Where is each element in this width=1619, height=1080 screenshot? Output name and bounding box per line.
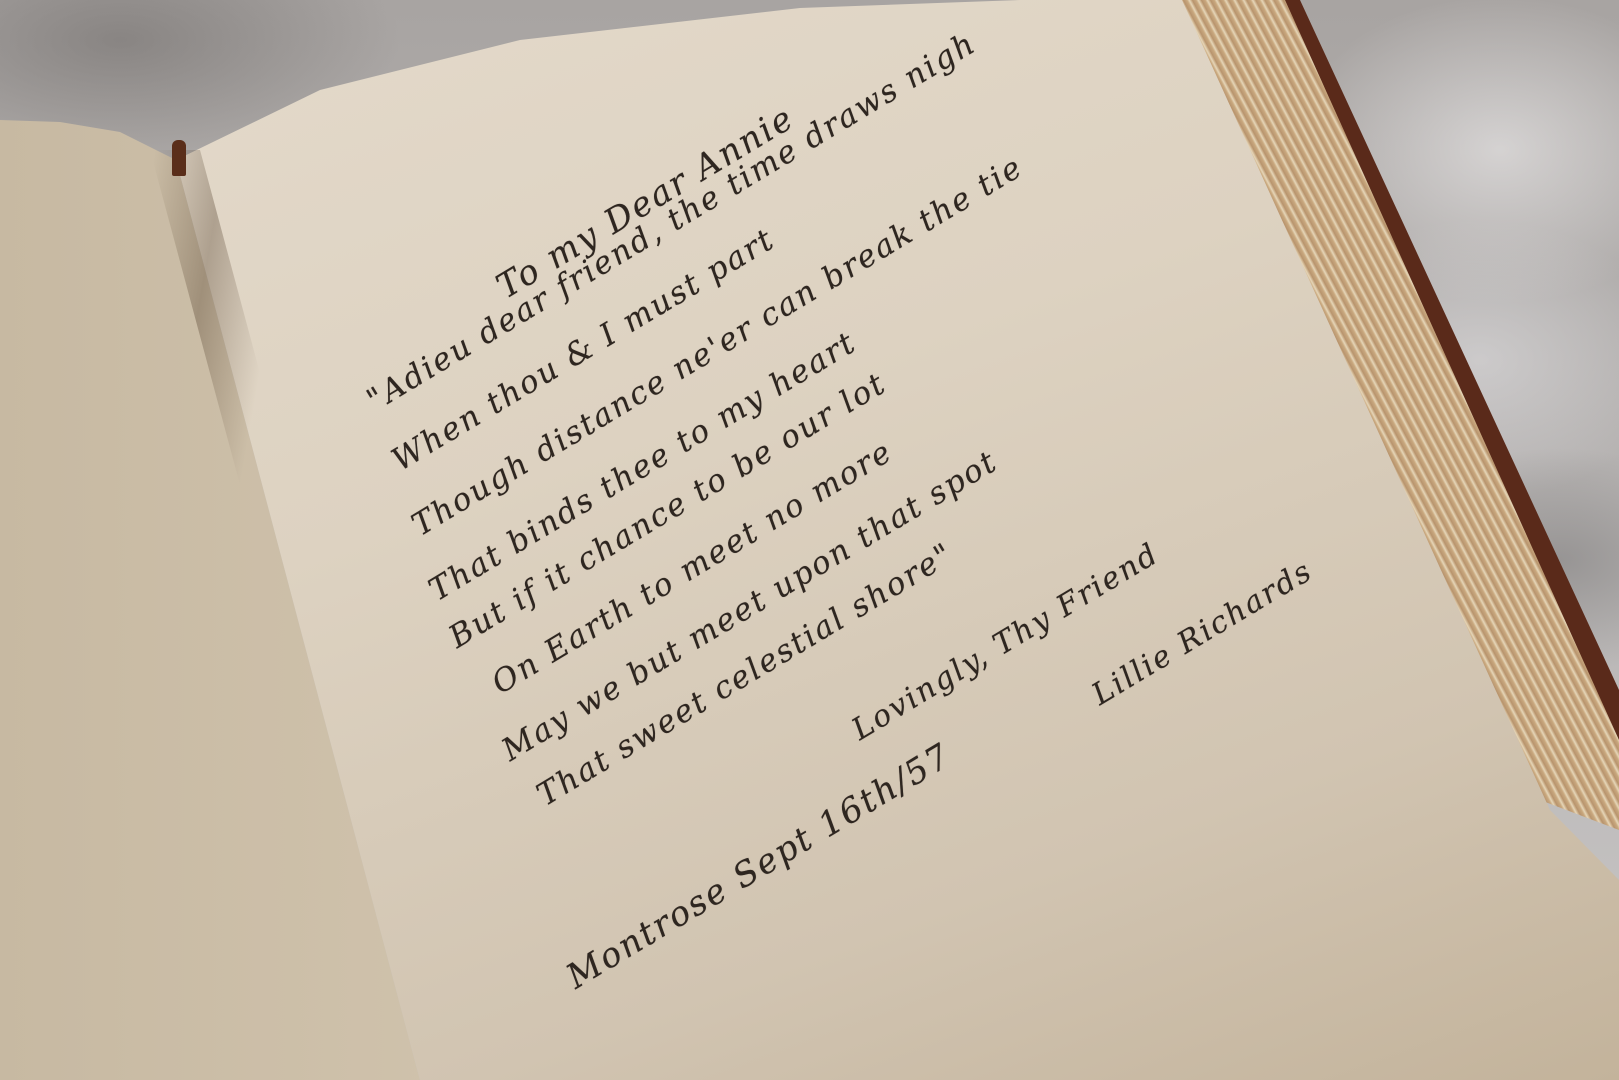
handwritten-entry: To my Dear Annie "Adieu dear friend, the…	[0, 0, 1619, 1080]
salutation: To my Dear Annie	[490, 98, 802, 307]
date-line: Montrose Sept 16th/57	[560, 736, 959, 997]
